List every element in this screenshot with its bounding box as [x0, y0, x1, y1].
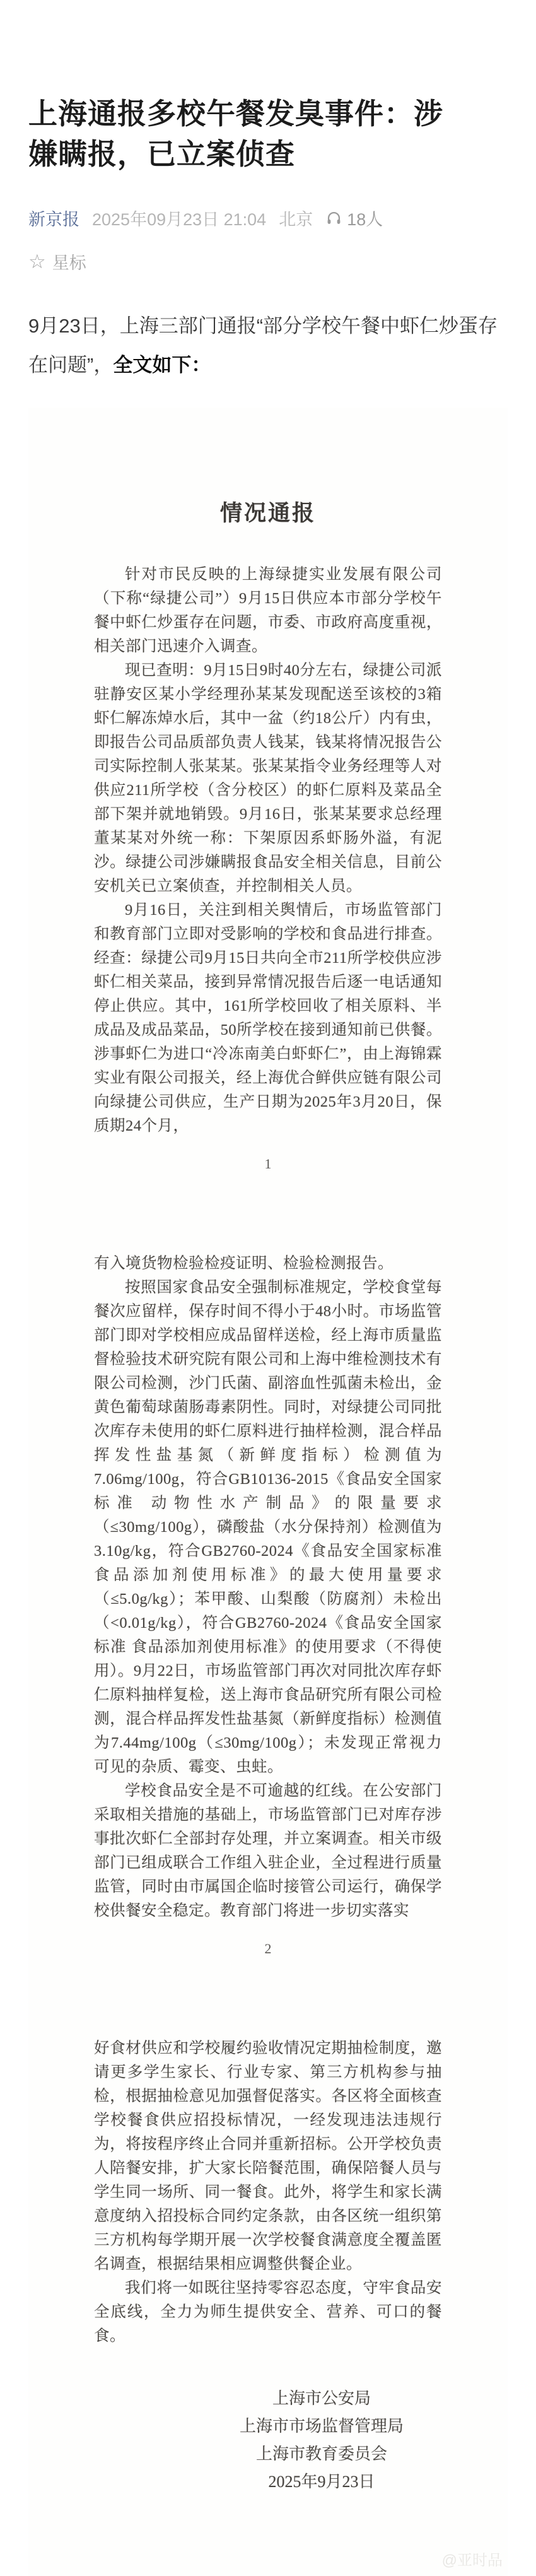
publish-location: 北京: [279, 206, 313, 230]
signature-lines: 上海市公安局上海市市场监督管理局上海市教育委员会: [240, 2385, 404, 2468]
signature-line: 上海市市场监督管理局: [240, 2413, 404, 2440]
star-label: 星标: [52, 249, 86, 274]
notice-paragraph: 9月16日，关注到相关舆情后，市场监管部门和教育部门立即对受影响的学校和食品进行…: [94, 898, 442, 1138]
listen-count: 18人: [325, 206, 383, 230]
signature-block: 上海市公安局上海市市场监督管理局上海市教育委员会 2025年9月23日: [240, 2385, 404, 2496]
star-icon: ☆: [28, 252, 46, 271]
notice-page-2: 有入境货物检验检疫证明、检验检测报告。按照国家食品安全强制标准规定，学校食堂每餐…: [94, 1252, 442, 1957]
notice-title: 情况通报: [28, 496, 508, 527]
signature-line: 上海市公安局: [240, 2385, 404, 2413]
notice-paragraph: 好食材供应和学校履约验收情况定期抽检制度，邀请更多学生家长、行业专家、第三方机构…: [94, 2037, 442, 2276]
notice-pages: 针对市民反映的上海绿捷实业发展有限公司（下称“绿捷公司”）9月15日供应本市部分…: [28, 563, 508, 2348]
notice-date: 2025年9月23日: [240, 2468, 404, 2496]
article-title: 上海通报多校午餐发臭事件：涉嫌瞒报，已立案侦查: [28, 93, 470, 174]
notice-paragraph: 按照国家食品安全强制标准规定，学校食堂每餐次应留样，保存时间不得小于48小时。市…: [94, 1276, 442, 1779]
listen-count-label: 18人: [347, 206, 383, 230]
headphones-icon: [325, 209, 342, 226]
notice-page-3: 好食材供应和学校履约验收情况定期抽检制度，邀请更多学生家长、行业专家、第三方机构…: [94, 2037, 442, 2348]
intro-text: 9月23日，上海三部门通报“部分学校午餐中虾仁炒蛋存在问题”，: [28, 315, 498, 376]
article-meta: 新京报 2025年09月23日 21:04 北京 18人: [28, 206, 508, 230]
notice-page-1: 针对市民反映的上海绿捷实业发展有限公司（下称“绿捷公司”）9月15日供应本市部分…: [94, 563, 442, 1172]
publish-date: 2025年09月23日 21:04: [92, 206, 266, 230]
page-number: 1: [94, 1156, 442, 1172]
source-link[interactable]: 新京报: [28, 206, 79, 230]
page-number: 2: [94, 1941, 442, 1957]
notice-paragraph: 有入境货物检验检疫证明、检验检测报告。: [94, 1252, 442, 1276]
signature-line: 上海市教育委员会: [240, 2440, 404, 2468]
notice-paragraph: 现已查明：9月15日9时40分左右，绿捷公司派驻静安区某小学经理孙某某发现配送至…: [94, 659, 442, 898]
intro-bold-text: 全文如下：: [113, 354, 211, 376]
notice-paragraph: 针对市民反映的上海绿捷实业发展有限公司（下称“绿捷公司”）9月15日供应本市部分…: [94, 563, 442, 659]
notice-paragraph: 我们将一如既往坚持零容忍态度，守牢食品安全底线，全力为师生提供安全、营养、可口的…: [94, 2276, 442, 2348]
watermark: @亚时品: [28, 2548, 508, 2576]
article-page: 上海通报多校午餐发臭事件：涉嫌瞒报，已立案侦查 新京报 2025年09月23日 …: [0, 0, 536, 2576]
intro-paragraph: 9月23日，上海三部门通报“部分学校午餐中虾仁炒蛋存在问题”，全文如下：: [28, 307, 500, 385]
star-button[interactable]: ☆ 星标: [28, 249, 86, 274]
notice-paragraph: 学校食品安全是不可逾越的红线。在公安部门采取相关措施的基础上，市场监管部门已对库…: [94, 1779, 442, 1923]
notice-scan-image: 情况通报 针对市民反映的上海绿捷实业发展有限公司（下称“绿捷公司”）9月15日供…: [28, 408, 508, 2576]
